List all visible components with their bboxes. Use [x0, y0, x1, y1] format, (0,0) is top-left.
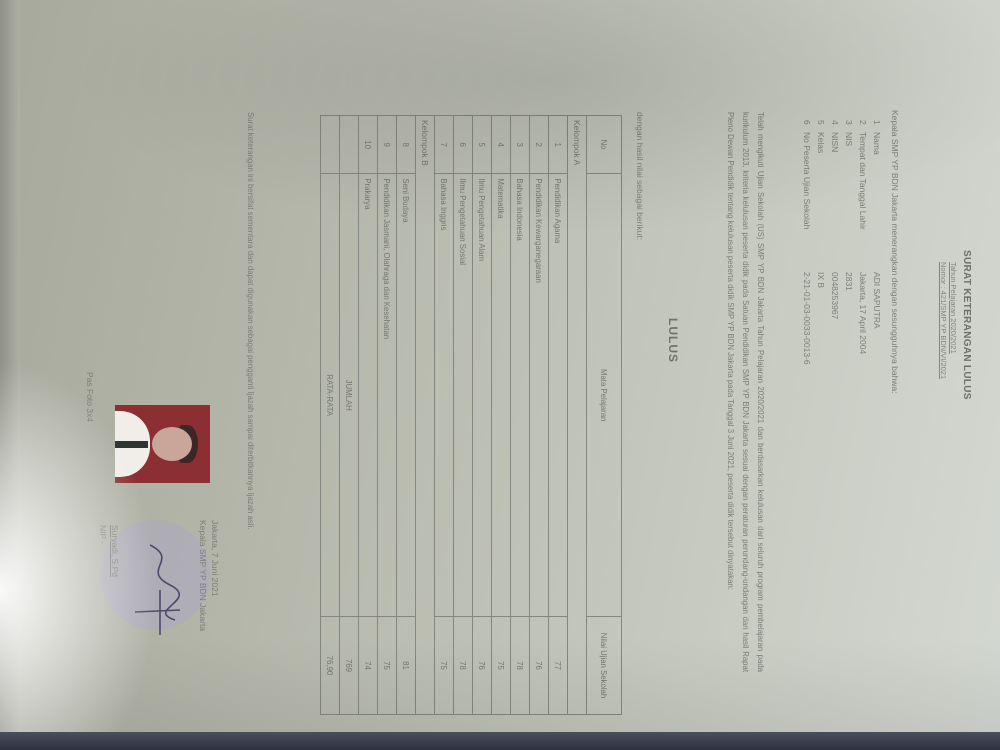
cell-subject: Pendidikan Agama — [549, 174, 568, 617]
identity-value: 0048253967 — [830, 272, 840, 319]
cell-score: 75 — [378, 617, 397, 715]
table-row: 8Seni Budaya81 — [397, 116, 416, 715]
photo-caption: Pas Foto 3x4 — [85, 372, 95, 422]
identity-label: Kelas — [816, 132, 826, 153]
table-row: 4Matematika75 — [492, 116, 511, 715]
cell-subject: Bahasa Indonesia — [511, 174, 530, 617]
signatory-nip: NIP - — [98, 525, 108, 544]
identity-no: 4 — [830, 120, 840, 125]
identity-label: NISN — [830, 132, 840, 152]
cell-subject: Seni Budaya — [397, 174, 416, 617]
cell-no: 6 — [454, 116, 473, 174]
cell-no: 3 — [511, 116, 530, 174]
document-subtitle-1: Tahun Pelajaran 2020/2021 — [949, 262, 958, 354]
table-row: 3Bahasa Indonesia78 — [511, 116, 530, 715]
total-value: 769 — [340, 617, 359, 715]
cell-score: 74 — [359, 617, 378, 715]
group-label: Kelompok A — [568, 116, 587, 715]
identity-value: IX B — [816, 272, 826, 288]
cell-subject: Pendidikan Jasmani, Olahraga dan Kesehat… — [378, 174, 397, 617]
cell-no: 10 — [359, 116, 378, 174]
identity-value: 2-21-01-03-0033-0013-6 — [802, 272, 812, 365]
identity-value: Jakarta, 17 April 2004 — [858, 272, 868, 354]
cell-score: 77 — [549, 617, 568, 715]
cell-subject: Bahasa Inggris — [435, 174, 454, 617]
cell-no: 2 — [530, 116, 549, 174]
header-score: Nilai Ujian Sekolah — [587, 617, 622, 715]
cell-no: 9 — [378, 116, 397, 174]
closing-statement: Surat keterangan ini bersifat sementara … — [243, 112, 258, 712]
identity-value: ADI SAPUTRA — [872, 272, 882, 329]
identity-no: 3 — [844, 120, 854, 125]
cell-subject: Matematika — [492, 174, 511, 617]
table-row: 10Prakarya74 — [359, 116, 378, 715]
cell-no: 7 — [435, 116, 454, 174]
table-row: 1Pendidikan Agama77 — [549, 116, 568, 715]
header-no: No — [587, 116, 622, 174]
table-row: 2Pendidikan Kewarganegaraan76 — [530, 116, 549, 715]
signatory-title: Kepala SMP YP BDN Jakarta — [198, 520, 208, 631]
table-row: 6Ilmu Pengetahuan Sosial78 — [454, 116, 473, 715]
cell-score: 78 — [454, 617, 473, 715]
background-surface — [0, 732, 1000, 750]
cell-score: 76 — [473, 617, 492, 715]
signatory-name: Suryadi, S.Pd — [110, 525, 120, 577]
identity-no: 6 — [802, 120, 812, 125]
identity-label: Nama — [872, 132, 882, 155]
cell-score: 75 — [492, 617, 511, 715]
cell-subject: Pendidikan Kewarganegaraan — [530, 174, 549, 617]
cell-no: 1 — [549, 116, 568, 174]
cell-score: 76 — [530, 617, 549, 715]
place-date: Jakarta, 7 Juni 2021 — [210, 520, 220, 597]
document-page: SURAT KETERANGAN LULUS Tahun Pelajaran 2… — [0, 0, 1000, 750]
identity-no: 1 — [872, 120, 882, 125]
cell-score: 81 — [397, 617, 416, 715]
cell-subject: Ilmu Pengetahuan Sosial — [454, 174, 473, 617]
average-value: 76,90 — [321, 617, 340, 715]
identity-no: 5 — [816, 120, 826, 125]
document-subtitle-2: Nomor : 421/SMP YP BDN/VI/2021 — [939, 262, 948, 379]
student-photo — [115, 405, 210, 483]
table-row: 9Pendidikan Jasmani, Olahraga dan Keseha… — [378, 116, 397, 715]
average-row: RATA-RATA76,90 — [321, 116, 340, 715]
opening-statement: Kepala SMP YP BDN Jakarta menerangkan de… — [890, 110, 900, 394]
cell-subject: Ilmu Pengetahuan Alam — [473, 174, 492, 617]
identity-no: 2 — [858, 120, 868, 125]
identity-value: 2831 — [844, 272, 854, 291]
document-title: SURAT KETERANGAN LULUS — [961, 250, 972, 400]
cell-no: 8 — [397, 116, 416, 174]
cell-no: 4 — [492, 116, 511, 174]
header-subject: Mata Pelajaran — [587, 174, 622, 617]
cell-score: 78 — [511, 617, 530, 715]
signature — [130, 540, 190, 650]
average-label: RATA-RATA — [321, 174, 340, 617]
table-row: 5Ilmu Pengetahuan Alam76 — [473, 116, 492, 715]
body-paragraph: Telah mengikuti Ujian Sekolah (US) SMP Y… — [723, 112, 768, 672]
cell-subject: Prakarya — [359, 174, 378, 617]
result-intro: dengan hasil nilai sebagai berikut: — [635, 112, 645, 240]
cell-no: 5 — [473, 116, 492, 174]
graduation-status: LULUS — [666, 318, 680, 363]
total-row: JUMLAH769 — [340, 116, 359, 715]
table-row: 7Bahasa Inggris75 — [435, 116, 454, 715]
identity-label: NIS — [844, 132, 854, 146]
identity-label: No Peserta Ujian Sekolah — [802, 132, 812, 229]
group-label: Kelompok B — [416, 116, 435, 715]
identity-label: Tempat dan Tanggal Lahir — [858, 132, 868, 230]
total-label: JUMLAH — [340, 174, 359, 617]
cell-score: 75 — [435, 617, 454, 715]
grades-table: No Mata Pelajaran Nilai Ujian Sekolah Ke… — [320, 115, 622, 715]
